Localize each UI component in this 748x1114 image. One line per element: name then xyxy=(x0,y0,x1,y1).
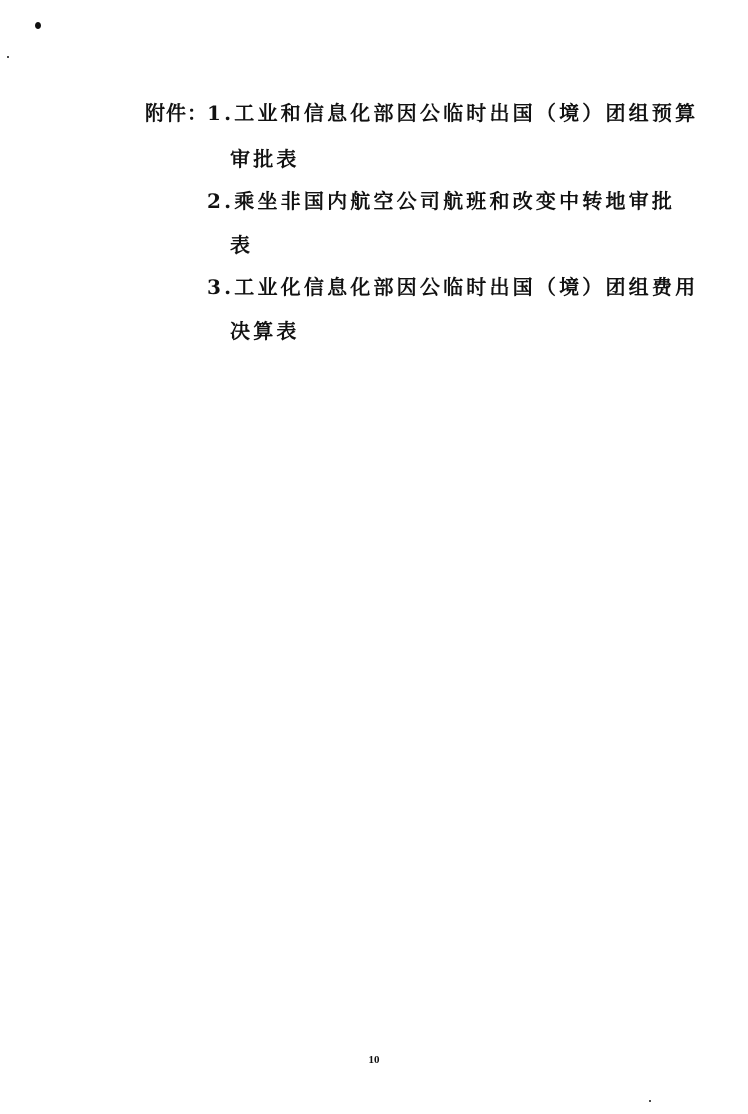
page-number: 10 xyxy=(0,1054,748,1066)
scan-speck xyxy=(649,1100,651,1102)
item-title-line1: 工业和信息化部因公临时出国（境）团组预算 xyxy=(234,101,698,125)
item-number: 3. xyxy=(207,275,234,299)
scan-speck xyxy=(7,56,9,58)
scan-speck xyxy=(35,22,41,29)
item-title-line2: 审批表 xyxy=(230,143,300,172)
item-title-line1: 工业化信息化部因公临时出国（境）团组费用 xyxy=(234,275,698,299)
item-title-line2: 决算表 xyxy=(230,315,300,344)
item-title-line1: 乘坐非国内航空公司航班和改变中转地审批 xyxy=(234,189,675,213)
item-title-line2: 表 xyxy=(230,229,253,258)
item-number: 2. xyxy=(207,189,234,213)
attachment-label: 附件： xyxy=(145,97,208,126)
item-number: 1. xyxy=(207,101,234,125)
